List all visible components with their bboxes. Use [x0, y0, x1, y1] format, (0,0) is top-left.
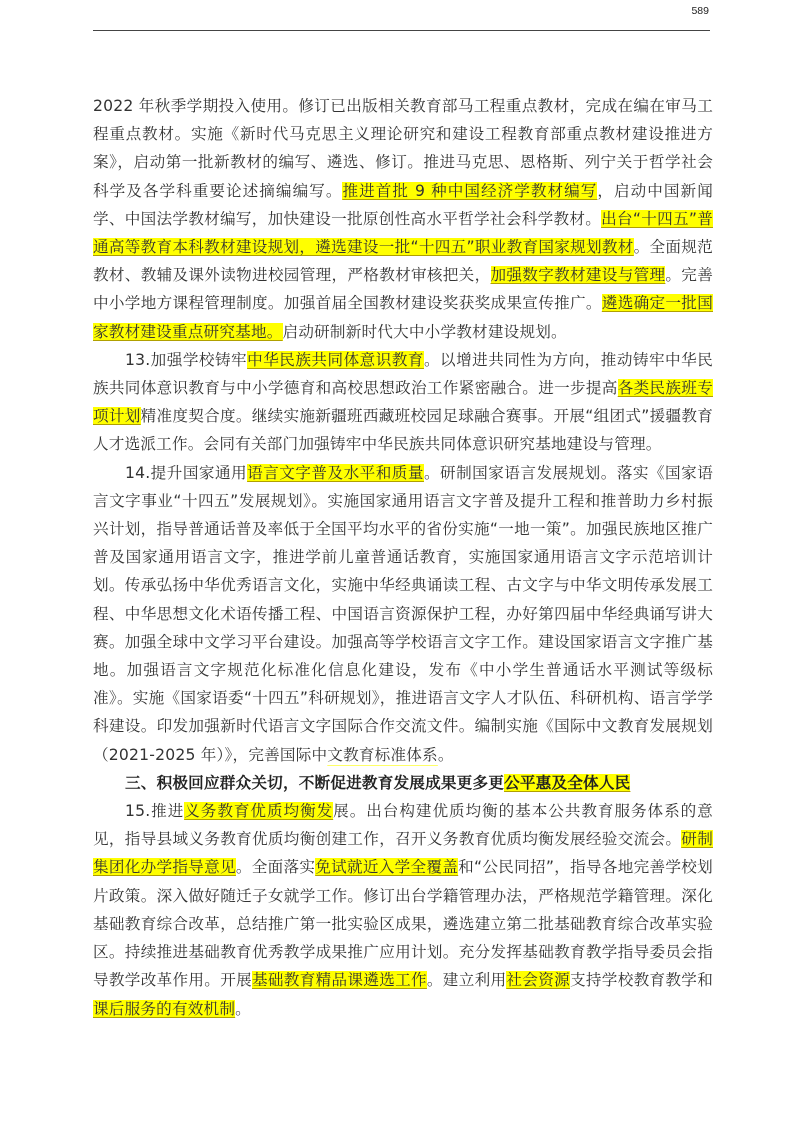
highlighted-text: 中华民族共同体意识教育: [247, 351, 424, 369]
body-text: 和“公民同招”，指导各地完善学校划片政策。深入做好随迁子女就学工作。修订出台学籍…: [93, 858, 713, 989]
paragraph-14-national-language: 14.提升国家通用语言文字普及水平和质量。研制国家语言发展规划。落实《国家语言文…: [93, 459, 713, 769]
highlighted-text: 加强数字教材建设与管理: [491, 266, 666, 284]
body-text: 。全面落实: [236, 858, 315, 876]
highlighted-text: 课后服务的有效机制: [93, 1000, 235, 1018]
underlined-text: 文教育标准体系: [327, 746, 438, 764]
header-divider: [93, 30, 710, 31]
body-text: 精准度契合度。继续实施新疆班西藏班校园足球融合赛事。开展“组团式”援疆教育人才选…: [93, 407, 713, 453]
body-text: 。建立利用: [427, 971, 507, 989]
body-text: 启动研制新时代大中小学教材建设规划。: [283, 323, 567, 341]
highlighted-text: 公平惠及全体人民: [504, 774, 630, 792]
body-text: 15.推进: [125, 802, 184, 820]
section-heading-3: 三、积极回应群众关切，不断促进教育发展成果更多更公平惠及全体人民: [93, 769, 713, 797]
paragraph-13-national-unity-education: 13.加强学校铸牢中华民族共同体意识教育。以增进共同性为方向，推动铸牢中华民族共…: [93, 346, 713, 459]
body-text: 。: [235, 1000, 251, 1018]
body-text: 13.加强学校铸牢: [125, 351, 247, 369]
highlighted-text: 社会资源: [506, 971, 570, 989]
body-text: 。: [438, 746, 454, 764]
highlighted-text: 免试就近入学全覆盖: [315, 858, 458, 876]
page-number: 589: [691, 5, 709, 17]
body-text: 支持学校教育教学和: [570, 971, 713, 989]
document-body: 2022 年秋季学期投入使用。修订已出版相关教育部马工程重点教材，完成在编在审马…: [93, 92, 713, 1023]
highlighted-text: 语言文字普及水平和质量: [247, 464, 424, 482]
body-text: 三、积极回应群众关切，不断促进教育发展成果更多更: [125, 774, 504, 792]
highlighted-text: 推进首批 9 种中国经济学教材编写: [342, 182, 597, 200]
body-text: 。研制国家语言发展规划。落实《国家语言文字事业“十四五”发展规划》。实施国家通用…: [93, 464, 713, 764]
highlighted-text: 基础教育精品课遴选工作: [252, 971, 427, 989]
highlighted-text: 义务教育优质均衡发: [184, 802, 333, 820]
paragraph-textbooks: 2022 年秋季学期投入使用。修订已出版相关教育部马工程重点教材，完成在编在审马…: [93, 92, 713, 346]
body-text: 14.提升国家通用: [125, 464, 247, 482]
paragraph-15-compulsory-education: 15.推进义务教育优质均衡发展。出台构建优质均衡的基本公共教育服务体系的意见，指…: [93, 797, 713, 1023]
